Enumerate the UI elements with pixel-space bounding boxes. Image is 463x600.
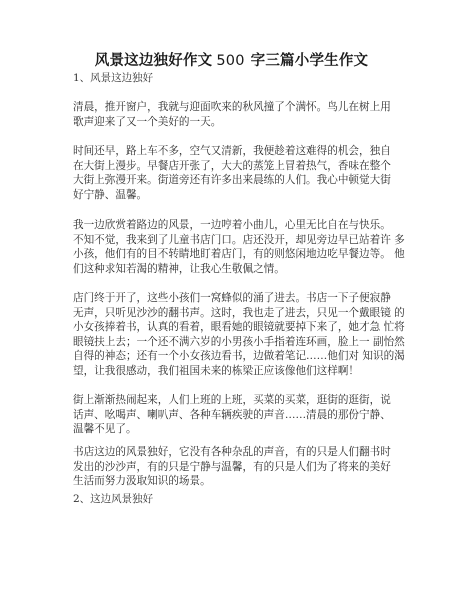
section-2-heading: 2、这边风景独好 bbox=[73, 491, 153, 506]
text-line: 好宁静、温馨。 bbox=[73, 188, 403, 203]
paragraph-3: 我一边欣赏着路边的风景，一边哼着小曲儿，心里无比自在与快乐。 不知不觉，我来到了… bbox=[73, 218, 403, 276]
text-line: 大街上弥漫开来。街道旁还有许多出来晨练的人们。我心中顿觉大街 bbox=[73, 173, 403, 188]
text-line: 书店这边的风景独好，它没有各种杂乱的声音，有的只是人们翻书时 bbox=[73, 445, 403, 460]
document-page: 风景这边独好作文500字三篇小学生作文 1、风景这边独好 清晨，推开窗户，我就与… bbox=[0, 0, 463, 600]
section-1-heading: 1、风景这边独好 bbox=[73, 70, 153, 85]
text-line: 话声、吆喝声、喇叭声、各种车辆疾驶的声音……清晨的那份宁静、 bbox=[73, 408, 403, 423]
text-line: 街上渐渐热闹起来，人们上班的上班，买菜的买菜，逛街的逛街，说 bbox=[73, 393, 403, 408]
title-suffix: 字三篇小学生作文 bbox=[251, 53, 369, 69]
text-line: 眼镜扶上去；一个还不满六岁的小男孩小手指着连环画，脸上一 副怡然 bbox=[73, 335, 403, 350]
paragraph-5: 街上渐渐热闹起来，人们上班的上班，买菜的买菜，逛街的逛街，说 话声、吆喝声、喇叭… bbox=[73, 393, 403, 437]
text-line: 小孩，他们有的目不转睛地盯着店门，有的则悠闲地边吃早餐边等。 他 bbox=[73, 247, 403, 262]
document-title: 风景这边独好作文500字三篇小学生作文 bbox=[0, 49, 463, 70]
text-line: 生活而努力汲取知识的场景。 bbox=[73, 474, 403, 489]
text-line: 发出的沙沙声，有的只是宁静与温馨，有的只是人们为了将来的美好 bbox=[73, 460, 403, 475]
text-line: 望，让我很感动，我们祖国未来的栋梁正应该像他们这样啊！ bbox=[73, 364, 403, 379]
paragraph-6: 书店这边的风景独好，它没有各种杂乱的声音，有的只是人们翻书时 发出的沙沙声，有的… bbox=[73, 445, 403, 489]
text-line: 我一边欣赏着路边的风景，一边哼着小曲儿，心里无比自在与快乐。 bbox=[73, 218, 403, 233]
paragraph-1: 清晨，推开窗户，我就与迎面吹来的秋风撞了个满怀。鸟儿在树上用 歌声迎来了又一个美… bbox=[73, 100, 403, 129]
paragraph-2: 时间还早，路上车不多，空气又清新，我便趁着这难得的机会，独自 在大街上漫步。早餐… bbox=[73, 144, 403, 202]
text-line: 自得的神态；还有一个小女孩边看书，边做着笔记……他们对 知识的渴 bbox=[73, 349, 403, 364]
text-line: 清晨，推开窗户，我就与迎面吹来的秋风撞了个满怀。鸟儿在树上用 bbox=[73, 100, 403, 115]
text-line: 时间还早，路上车不多，空气又清新，我便趁着这难得的机会，独自 bbox=[73, 144, 403, 159]
title-number: 500 bbox=[216, 53, 244, 69]
text-line: 温馨不见了。 bbox=[73, 422, 403, 437]
text-line: 们这种求知若渴的精神，让我心生敬佩之情。 bbox=[73, 262, 403, 277]
paragraph-4: 店门终于开了，这些小孩们一窝蜂似的涌了进去。书店一下子便寂静 无声，只听见沙沙的… bbox=[73, 291, 403, 379]
text-line: 无声，只听见沙沙的翻书声。这时，我也走了进去，只见一个戴眼镜 的 bbox=[73, 306, 403, 321]
title-prefix: 风景这边独好作文 bbox=[95, 53, 213, 69]
text-line: 小女孩捧着书，认真的看着，眼看她的眼镜就要掉下来了，她才急 忙将 bbox=[73, 320, 403, 335]
text-line: 店门终于开了，这些小孩们一窝蜂似的涌了进去。书店一下子便寂静 bbox=[73, 291, 403, 306]
text-line: 不知不觉，我来到了儿童书店门口。店还没开，却见旁边早已站着许 多 bbox=[73, 233, 403, 248]
text-line: 在大街上漫步。早餐店开张了，大大的蒸笼上冒着热气，香味在整个 bbox=[73, 159, 403, 174]
text-line: 歌声迎来了又一个美好的一天。 bbox=[73, 115, 403, 130]
